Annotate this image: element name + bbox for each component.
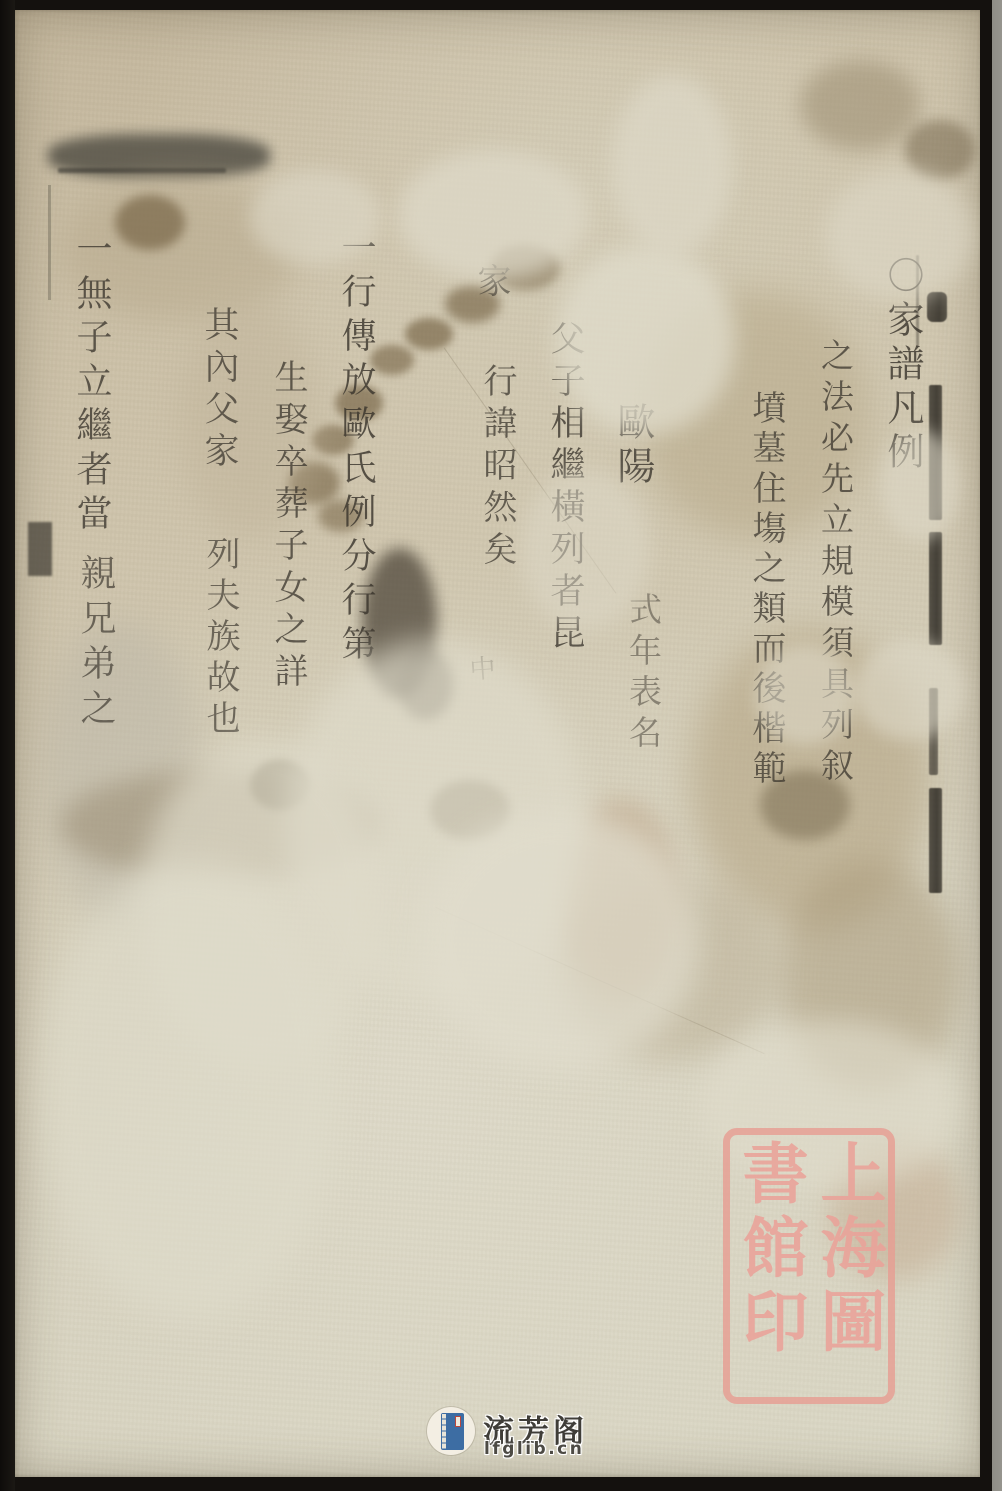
book-icon (441, 1413, 464, 1450)
text-column-heading: 〇家譜凡例 (875, 256, 929, 476)
page-frame-line-fragment (929, 788, 942, 893)
text-column: 歐陽 (606, 402, 661, 490)
scan-border-left (0, 0, 15, 1491)
text-column: 親兄弟之 (70, 554, 121, 734)
page-frame-line-fragment (48, 185, 51, 300)
text-column: 墳墓住塲之類而後楷範 (742, 390, 791, 790)
scanned-genealogy-page: 〇家譜凡例 之法必先立規模須具列叙 墳墓住塲之類而後楷範 歐陽 式年表名 父子相… (0, 0, 1002, 1491)
scan-border-bottom (0, 1477, 1002, 1491)
book-spine-stitches (442, 1414, 446, 1449)
seal-text: 上海圖書館印 (731, 1139, 887, 1397)
library-seal-stamp: 上海圖書館印 (723, 1128, 895, 1404)
book-title-label (455, 1416, 461, 1427)
page-frame-line-fragment (929, 532, 942, 645)
text-column: 父子相繼橫列者昆 (540, 320, 590, 656)
text-column: 生娶卒葬子女之詳 (264, 359, 313, 695)
page-frame-line-fragment (929, 385, 942, 520)
scan-border-right (980, 0, 1002, 1491)
text-column: 一行傳放歐氏例分行第 (331, 229, 381, 669)
page-frame-line-fragment (28, 522, 52, 576)
text-column: 行諱昭然矣 (473, 363, 522, 573)
text-column: 一無子立繼者當 (66, 230, 117, 538)
text-column: 之法必先立規模須具列叙 (812, 338, 859, 789)
text-column: 家 (467, 263, 516, 297)
text-column: 式年表名 (620, 592, 667, 756)
page-frame-line-fragment (927, 292, 947, 322)
seal-column-left: 書館印 (731, 1139, 809, 1361)
faded-character-fragment: 中 (461, 654, 500, 683)
text-column: 其內父家 (194, 306, 244, 474)
watermark-site-url: lfglib.cn (484, 1439, 584, 1459)
seal-column-right: 上海圖 (809, 1139, 887, 1361)
page-frame-line-fragment (929, 688, 938, 775)
text-column: 列夫族故也 (196, 536, 245, 741)
